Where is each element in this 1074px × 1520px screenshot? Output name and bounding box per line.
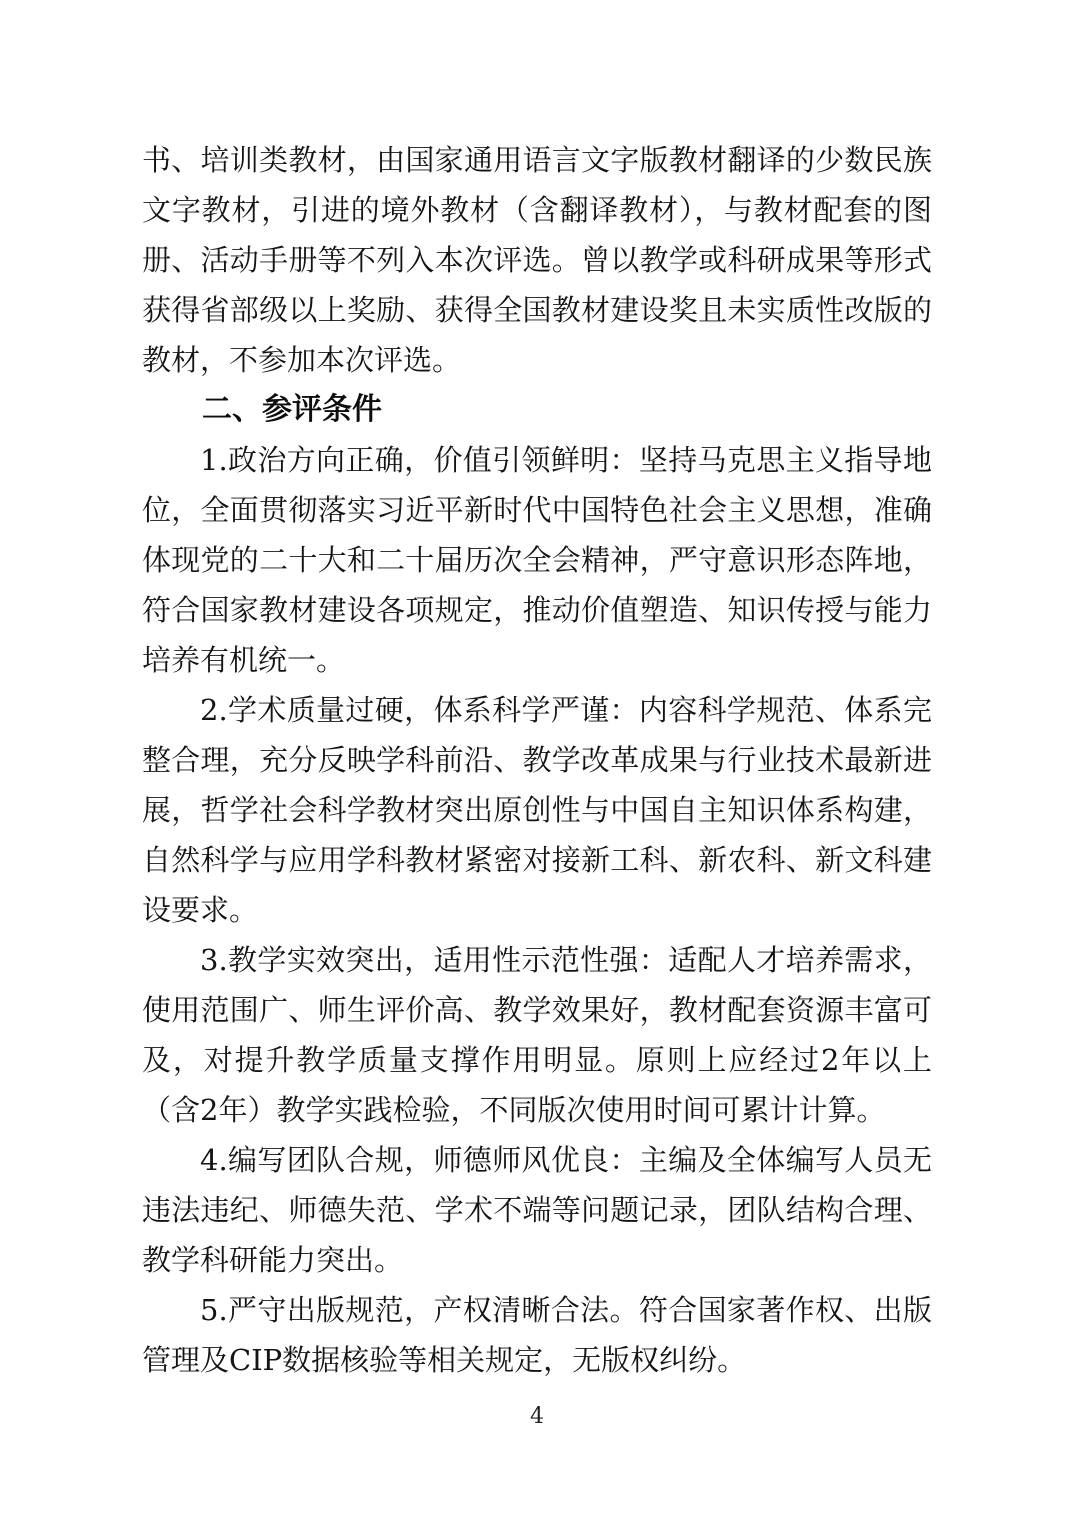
paragraph-line: 获得省部级以上奖励、获得全国教材建设奖且未实质性改版的: [142, 285, 932, 335]
paragraph-line: 书、培训类教材，由国家通用语言文字版教材翻译的少数民族: [142, 135, 932, 185]
list-item-line: （含2年）教学实践检验，不同版次使用时间可累计计算。: [142, 1085, 932, 1135]
page-number: 4: [142, 1402, 932, 1432]
list-item-line: 4.编写团队合规，师德师风优良：主编及全体编写人员无: [142, 1135, 932, 1185]
list-item-line: 培养有机统一。: [142, 635, 932, 685]
list-item-line: 及，对提升教学质量支撑作用明显。原则上应经过2年以上: [142, 1035, 932, 1085]
list-item-line: 自然科学与应用学科教材紧密对接新工科、新农科、新文科建: [142, 835, 932, 885]
list-item-line: 管理及CIP数据核验等相关规定，无版权纠纷。: [142, 1335, 932, 1385]
paragraph-line: 册、活动手册等不列入本次评选。曾以教学或科研成果等形式: [142, 235, 932, 285]
paragraph-line: 教材，不参加本次评选。: [142, 335, 932, 385]
list-item-line: 使用范围广、师生评价高、教学效果好，教材配套资源丰富可: [142, 985, 932, 1035]
list-item-line: 体现党的二十大和二十届历次全会精神，严守意识形态阵地，: [142, 535, 932, 585]
list-item-line: 教学科研能力突出。: [142, 1235, 932, 1285]
list-item-line: 违法违纪、师德失范、学术不端等问题记录，团队结构合理、: [142, 1185, 932, 1235]
list-item-line: 2.学术质量过硬，体系科学严谨：内容科学规范、体系完: [142, 685, 932, 735]
list-item-line: 位，全面贯彻落实习近平新时代中国特色社会主义思想，准确: [142, 485, 932, 535]
list-item-line: 5.严守出版规范，产权清晰合法。符合国家著作权、出版: [142, 1285, 932, 1335]
list-item-line: 设要求。: [142, 885, 932, 935]
list-item-line: 符合国家教材建设各项规定，推动价值塑造、知识传授与能力: [142, 585, 932, 635]
list-item-line: 1.政治方向正确，价值引领鲜明：坚持马克思主义指导地: [142, 435, 932, 485]
document-body: 书、培训类教材，由国家通用语言文字版教材翻译的少数民族 文字教材，引进的境外教材…: [142, 135, 932, 1385]
document-page: 书、培训类教材，由国家通用语言文字版教材翻译的少数民族 文字教材，引进的境外教材…: [0, 0, 1074, 1520]
list-item-line: 整合理，充分反映学科前沿、教学改革成果与行业技术最新进: [142, 735, 932, 785]
list-item-line: 3.教学实效突出，适用性示范性强：适配人才培养需求，: [142, 935, 932, 985]
paragraph-line: 文字教材，引进的境外教材（含翻译教材），与教材配套的图: [142, 185, 932, 235]
section-heading: 二、参评条件: [142, 385, 932, 435]
list-item-line: 展，哲学社会科学教材突出原创性与中国自主知识体系构建，: [142, 785, 932, 835]
